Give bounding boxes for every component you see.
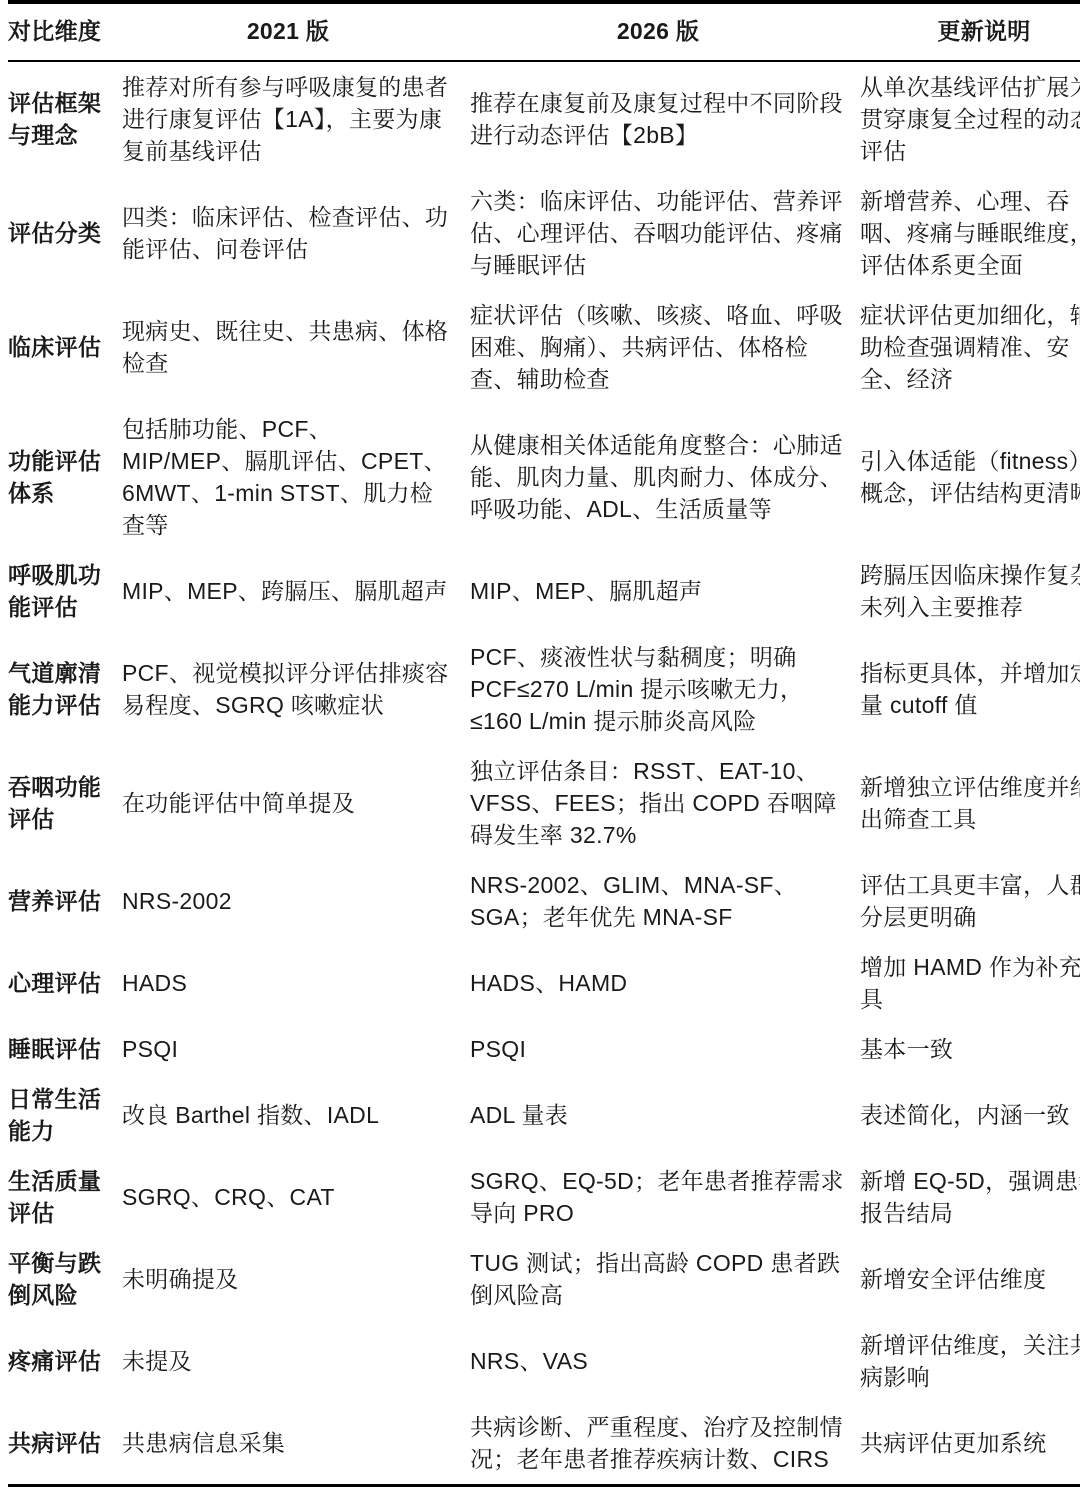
cell-2021: 未明确提及 xyxy=(122,1238,470,1320)
cell-note: 新增安全评估维度 xyxy=(860,1238,1080,1320)
cell-2021: NRS-2002 xyxy=(122,860,470,942)
dimension-label: 疼痛评估 xyxy=(8,1320,122,1402)
cell-2026: NRS-2002、GLIM、MNA-SF、SGA；老年优先 MNA-SF xyxy=(470,860,860,942)
cell-note: 新增营养、心理、吞咽、疼痛与睡眠维度，评估体系更全面 xyxy=(860,176,1080,290)
cell-2021: PCF、视觉模拟评分评估排痰容易程度、SGRQ 咳嗽症状 xyxy=(122,632,470,746)
dimension-label: 睡眠评估 xyxy=(8,1024,122,1074)
cell-2026: PSQI xyxy=(470,1024,860,1074)
header-2021: 2021 版 xyxy=(122,2,470,61)
table-row: 生活质量评估 SGRQ、CRQ、CAT SGRQ、EQ-5D；老年患者推荐需求导… xyxy=(8,1156,1080,1238)
dimension-label: 平衡与跌倒风险 xyxy=(8,1238,122,1320)
table-row: 功能评估体系 包括肺功能、PCF、MIP/MEP、膈肌评估、CPET、6MWT、… xyxy=(8,404,1080,550)
header-notes: 更新说明 xyxy=(860,2,1080,61)
cell-note: 共病评估更加系统 xyxy=(860,1402,1080,1486)
cell-2026: 推荐在康复前及康复过程中不同阶段进行动态评估【2bB】 xyxy=(470,61,860,176)
table-row: 共病评估 共患病信息采集 共病诊断、严重程度、治疗及控制情况；老年患者推荐疾病计… xyxy=(8,1402,1080,1486)
comparison-table: 对比维度 2021 版 2026 版 更新说明 评估框架与理念 推荐对所有参与呼… xyxy=(8,0,1080,1487)
table-row: 平衡与跌倒风险 未明确提及 TUG 测试；指出高龄 COPD 患者跌倒风险高 新… xyxy=(8,1238,1080,1320)
cell-2026: 症状评估（咳嗽、咳痰、咯血、呼吸困难、胸痛）、共病评估、体格检查、辅助检查 xyxy=(470,290,860,404)
cell-2026: HADS、HAMD xyxy=(470,942,860,1024)
cell-2021: 在功能评估中简单提及 xyxy=(122,746,470,860)
table-row: 睡眠评估 PSQI PSQI 基本一致 xyxy=(8,1024,1080,1074)
cell-note: 表述简化，内涵一致 xyxy=(860,1074,1080,1156)
cell-2021: 共患病信息采集 xyxy=(122,1402,470,1486)
cell-2021: 推荐对所有参与呼吸康复的患者进行康复评估【1A】，主要为康复前基线评估 xyxy=(122,61,470,176)
header-dimension: 对比维度 xyxy=(8,2,122,61)
dimension-label: 评估框架与理念 xyxy=(8,61,122,176)
cell-2026: ADL 量表 xyxy=(470,1074,860,1156)
cell-2021: 改良 Barthel 指数、IADL xyxy=(122,1074,470,1156)
cell-note: 引入体适能（fitness）概念，评估结构更清晰 xyxy=(860,404,1080,550)
cell-2026: MIP、MEP、膈肌超声 xyxy=(470,550,860,632)
dimension-label: 呼吸肌功能评估 xyxy=(8,550,122,632)
cell-2026: NRS、VAS xyxy=(470,1320,860,1402)
table-row: 临床评估 现病史、既往史、共患病、体格检查 症状评估（咳嗽、咳痰、咯血、呼吸困难… xyxy=(8,290,1080,404)
dimension-label: 营养评估 xyxy=(8,860,122,942)
cell-2021: 现病史、既往史、共患病、体格检查 xyxy=(122,290,470,404)
dimension-label: 临床评估 xyxy=(8,290,122,404)
dimension-label: 心理评估 xyxy=(8,942,122,1024)
dimension-label: 功能评估体系 xyxy=(8,404,122,550)
cell-2026: 独立评估条目：RSST、EAT-10、VFSS、FEES；指出 COPD 吞咽障… xyxy=(470,746,860,860)
cell-note: 新增 EQ-5D，强调患者报告结局 xyxy=(860,1156,1080,1238)
table-row: 营养评估 NRS-2002 NRS-2002、GLIM、MNA-SF、SGA；老… xyxy=(8,860,1080,942)
cell-2021: HADS xyxy=(122,942,470,1024)
cell-2026: PCF、痰液性状与黏稠度；明确 PCF≤270 L/min 提示咳嗽无力，≤16… xyxy=(470,632,860,746)
cell-2026: 从健康相关体适能角度整合：心肺适能、肌肉力量、肌肉耐力、体成分、呼吸功能、ADL… xyxy=(470,404,860,550)
header-2026: 2026 版 xyxy=(470,2,860,61)
cell-2021: 包括肺功能、PCF、MIP/MEP、膈肌评估、CPET、6MWT、1-min S… xyxy=(122,404,470,550)
cell-2026: TUG 测试；指出高龄 COPD 患者跌倒风险高 xyxy=(470,1238,860,1320)
cell-2021: PSQI xyxy=(122,1024,470,1074)
table-row: 疼痛评估 未提及 NRS、VAS 新增评估维度，关注共病影响 xyxy=(8,1320,1080,1402)
table-row: 评估框架与理念 推荐对所有参与呼吸康复的患者进行康复评估【1A】，主要为康复前基… xyxy=(8,61,1080,176)
table-row: 呼吸肌功能评估 MIP、MEP、跨膈压、膈肌超声 MIP、MEP、膈肌超声 跨膈… xyxy=(8,550,1080,632)
table-row: 心理评估 HADS HADS、HAMD 增加 HAMD 作为补充工具 xyxy=(8,942,1080,1024)
dimension-label: 日常生活能力 xyxy=(8,1074,122,1156)
dimension-label: 共病评估 xyxy=(8,1402,122,1486)
table-row: 评估分类 四类：临床评估、检查评估、功能评估、问卷评估 六类：临床评估、功能评估… xyxy=(8,176,1080,290)
cell-note: 指标更具体，并增加定量 cutoff 值 xyxy=(860,632,1080,746)
cell-note: 增加 HAMD 作为补充工具 xyxy=(860,942,1080,1024)
cell-note: 新增评估维度，关注共病影响 xyxy=(860,1320,1080,1402)
table-row: 气道廓清能力评估 PCF、视觉模拟评分评估排痰容易程度、SGRQ 咳嗽症状 PC… xyxy=(8,632,1080,746)
dimension-label: 生活质量评估 xyxy=(8,1156,122,1238)
cell-note: 评估工具更丰富，人群分层更明确 xyxy=(860,860,1080,942)
dimension-label: 吞咽功能评估 xyxy=(8,746,122,860)
cell-2021: MIP、MEP、跨膈压、膈肌超声 xyxy=(122,550,470,632)
cell-note: 基本一致 xyxy=(860,1024,1080,1074)
table-row: 吞咽功能评估 在功能评估中简单提及 独立评估条目：RSST、EAT-10、VFS… xyxy=(8,746,1080,860)
cell-2026: 六类：临床评估、功能评估、营养评估、心理评估、吞咽功能评估、疼痛与睡眠评估 xyxy=(470,176,860,290)
table-row: 日常生活能力 改良 Barthel 指数、IADL ADL 量表 表述简化，内涵… xyxy=(8,1074,1080,1156)
dimension-label: 评估分类 xyxy=(8,176,122,290)
cell-note: 跨膈压因临床操作复杂未列入主要推荐 xyxy=(860,550,1080,632)
cell-2021: SGRQ、CRQ、CAT xyxy=(122,1156,470,1238)
cell-2021: 未提及 xyxy=(122,1320,470,1402)
cell-2026: 共病诊断、严重程度、治疗及控制情况；老年患者推荐疾病计数、CIRS xyxy=(470,1402,860,1486)
cell-2021: 四类：临床评估、检查评估、功能评估、问卷评估 xyxy=(122,176,470,290)
cell-note: 从单次基线评估扩展为贯穿康复全过程的动态评估 xyxy=(860,61,1080,176)
cell-note: 新增独立评估维度并给出筛查工具 xyxy=(860,746,1080,860)
cell-note: 症状评估更加细化，辅助检查强调精准、安全、经济 xyxy=(860,290,1080,404)
dimension-label: 气道廓清能力评估 xyxy=(8,632,122,746)
table-header-row: 对比维度 2021 版 2026 版 更新说明 xyxy=(8,2,1080,61)
cell-2026: SGRQ、EQ-5D；老年患者推荐需求导向 PRO xyxy=(470,1156,860,1238)
